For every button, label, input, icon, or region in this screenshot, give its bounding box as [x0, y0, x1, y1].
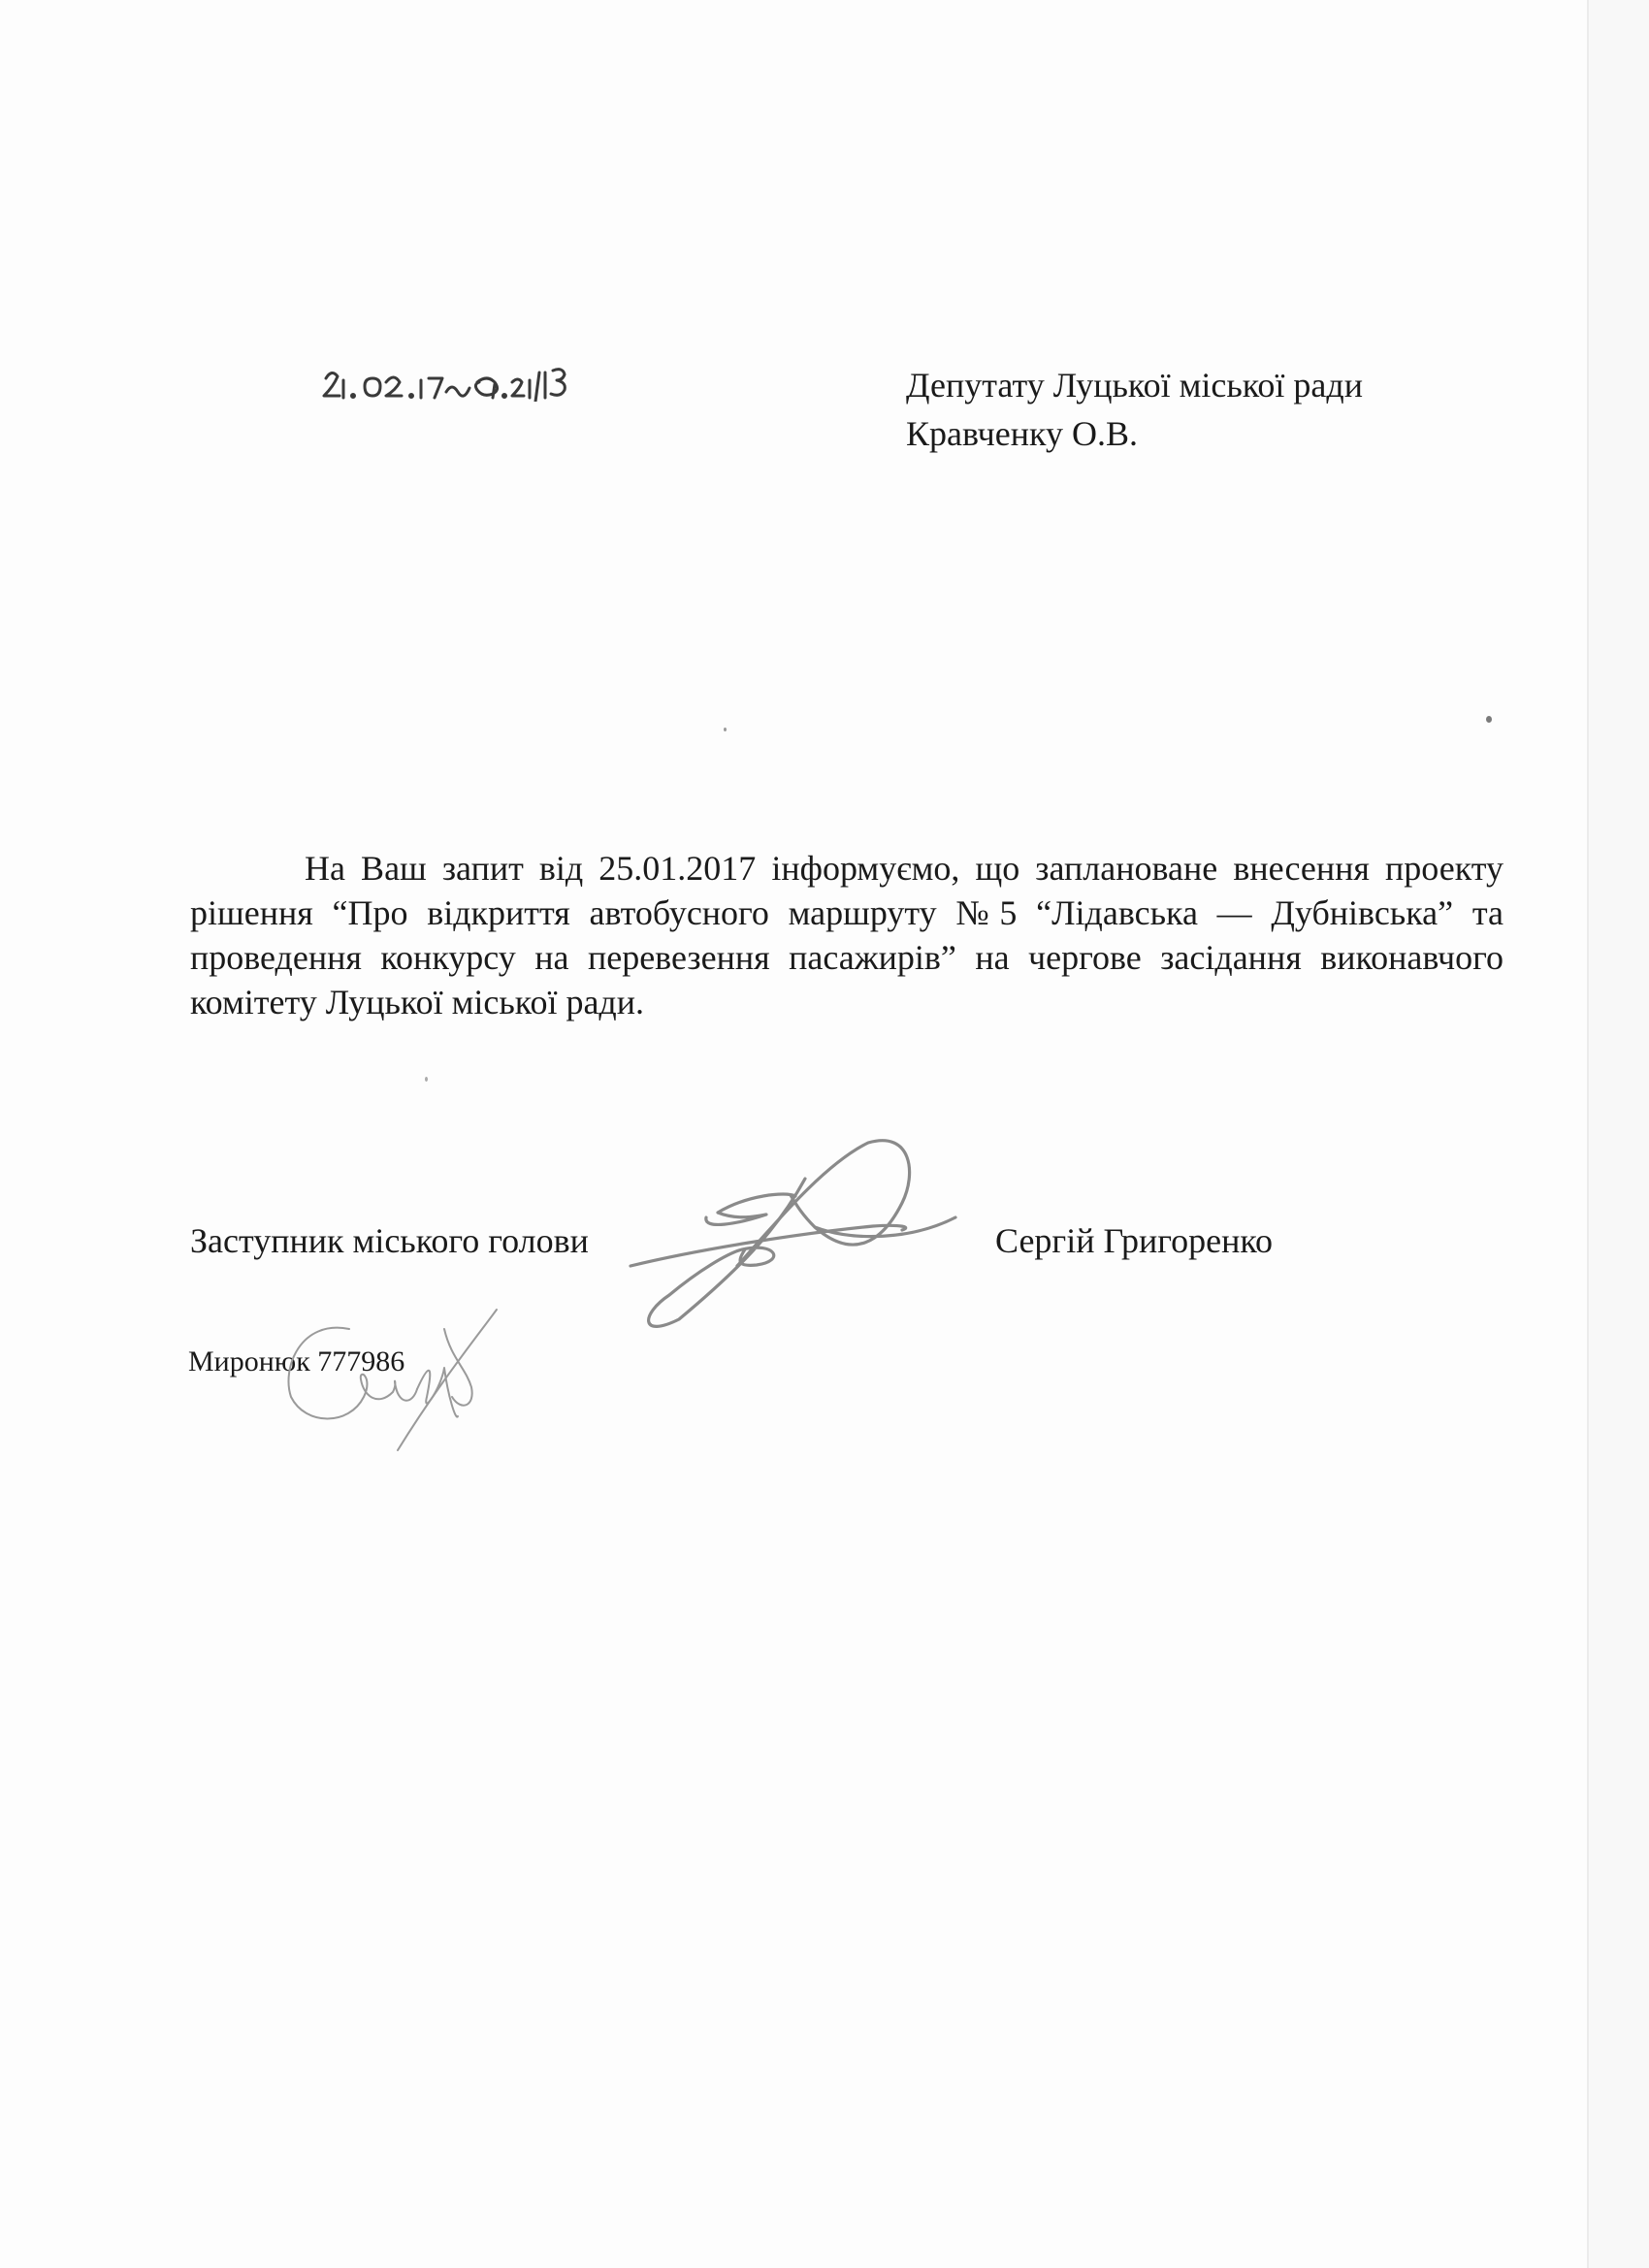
addressee-block: Депутату Луцької міської ради Кравченку … — [906, 361, 1363, 458]
scan-speck — [1486, 716, 1492, 723]
addressee-line-title: Депутату Луцької міської ради — [906, 361, 1363, 409]
handwritten-registration-number — [320, 359, 650, 402]
scan-margin — [1589, 0, 1649, 2268]
scan-speck — [425, 1077, 428, 1082]
signature-icon — [621, 1135, 989, 1358]
addressee-line-name: Кравченку О.В. — [906, 409, 1363, 458]
scan-speck — [724, 728, 727, 731]
signatory-name: Сергій Григоренко — [995, 1218, 1273, 1263]
signatory-position: Заступник міського голови — [190, 1218, 589, 1263]
executor-signature-icon — [272, 1300, 524, 1474]
letter-body: На Ваш запит від 25.01.2017 інформуємо, … — [190, 846, 1503, 1024]
document-page — [0, 0, 1587, 2268]
